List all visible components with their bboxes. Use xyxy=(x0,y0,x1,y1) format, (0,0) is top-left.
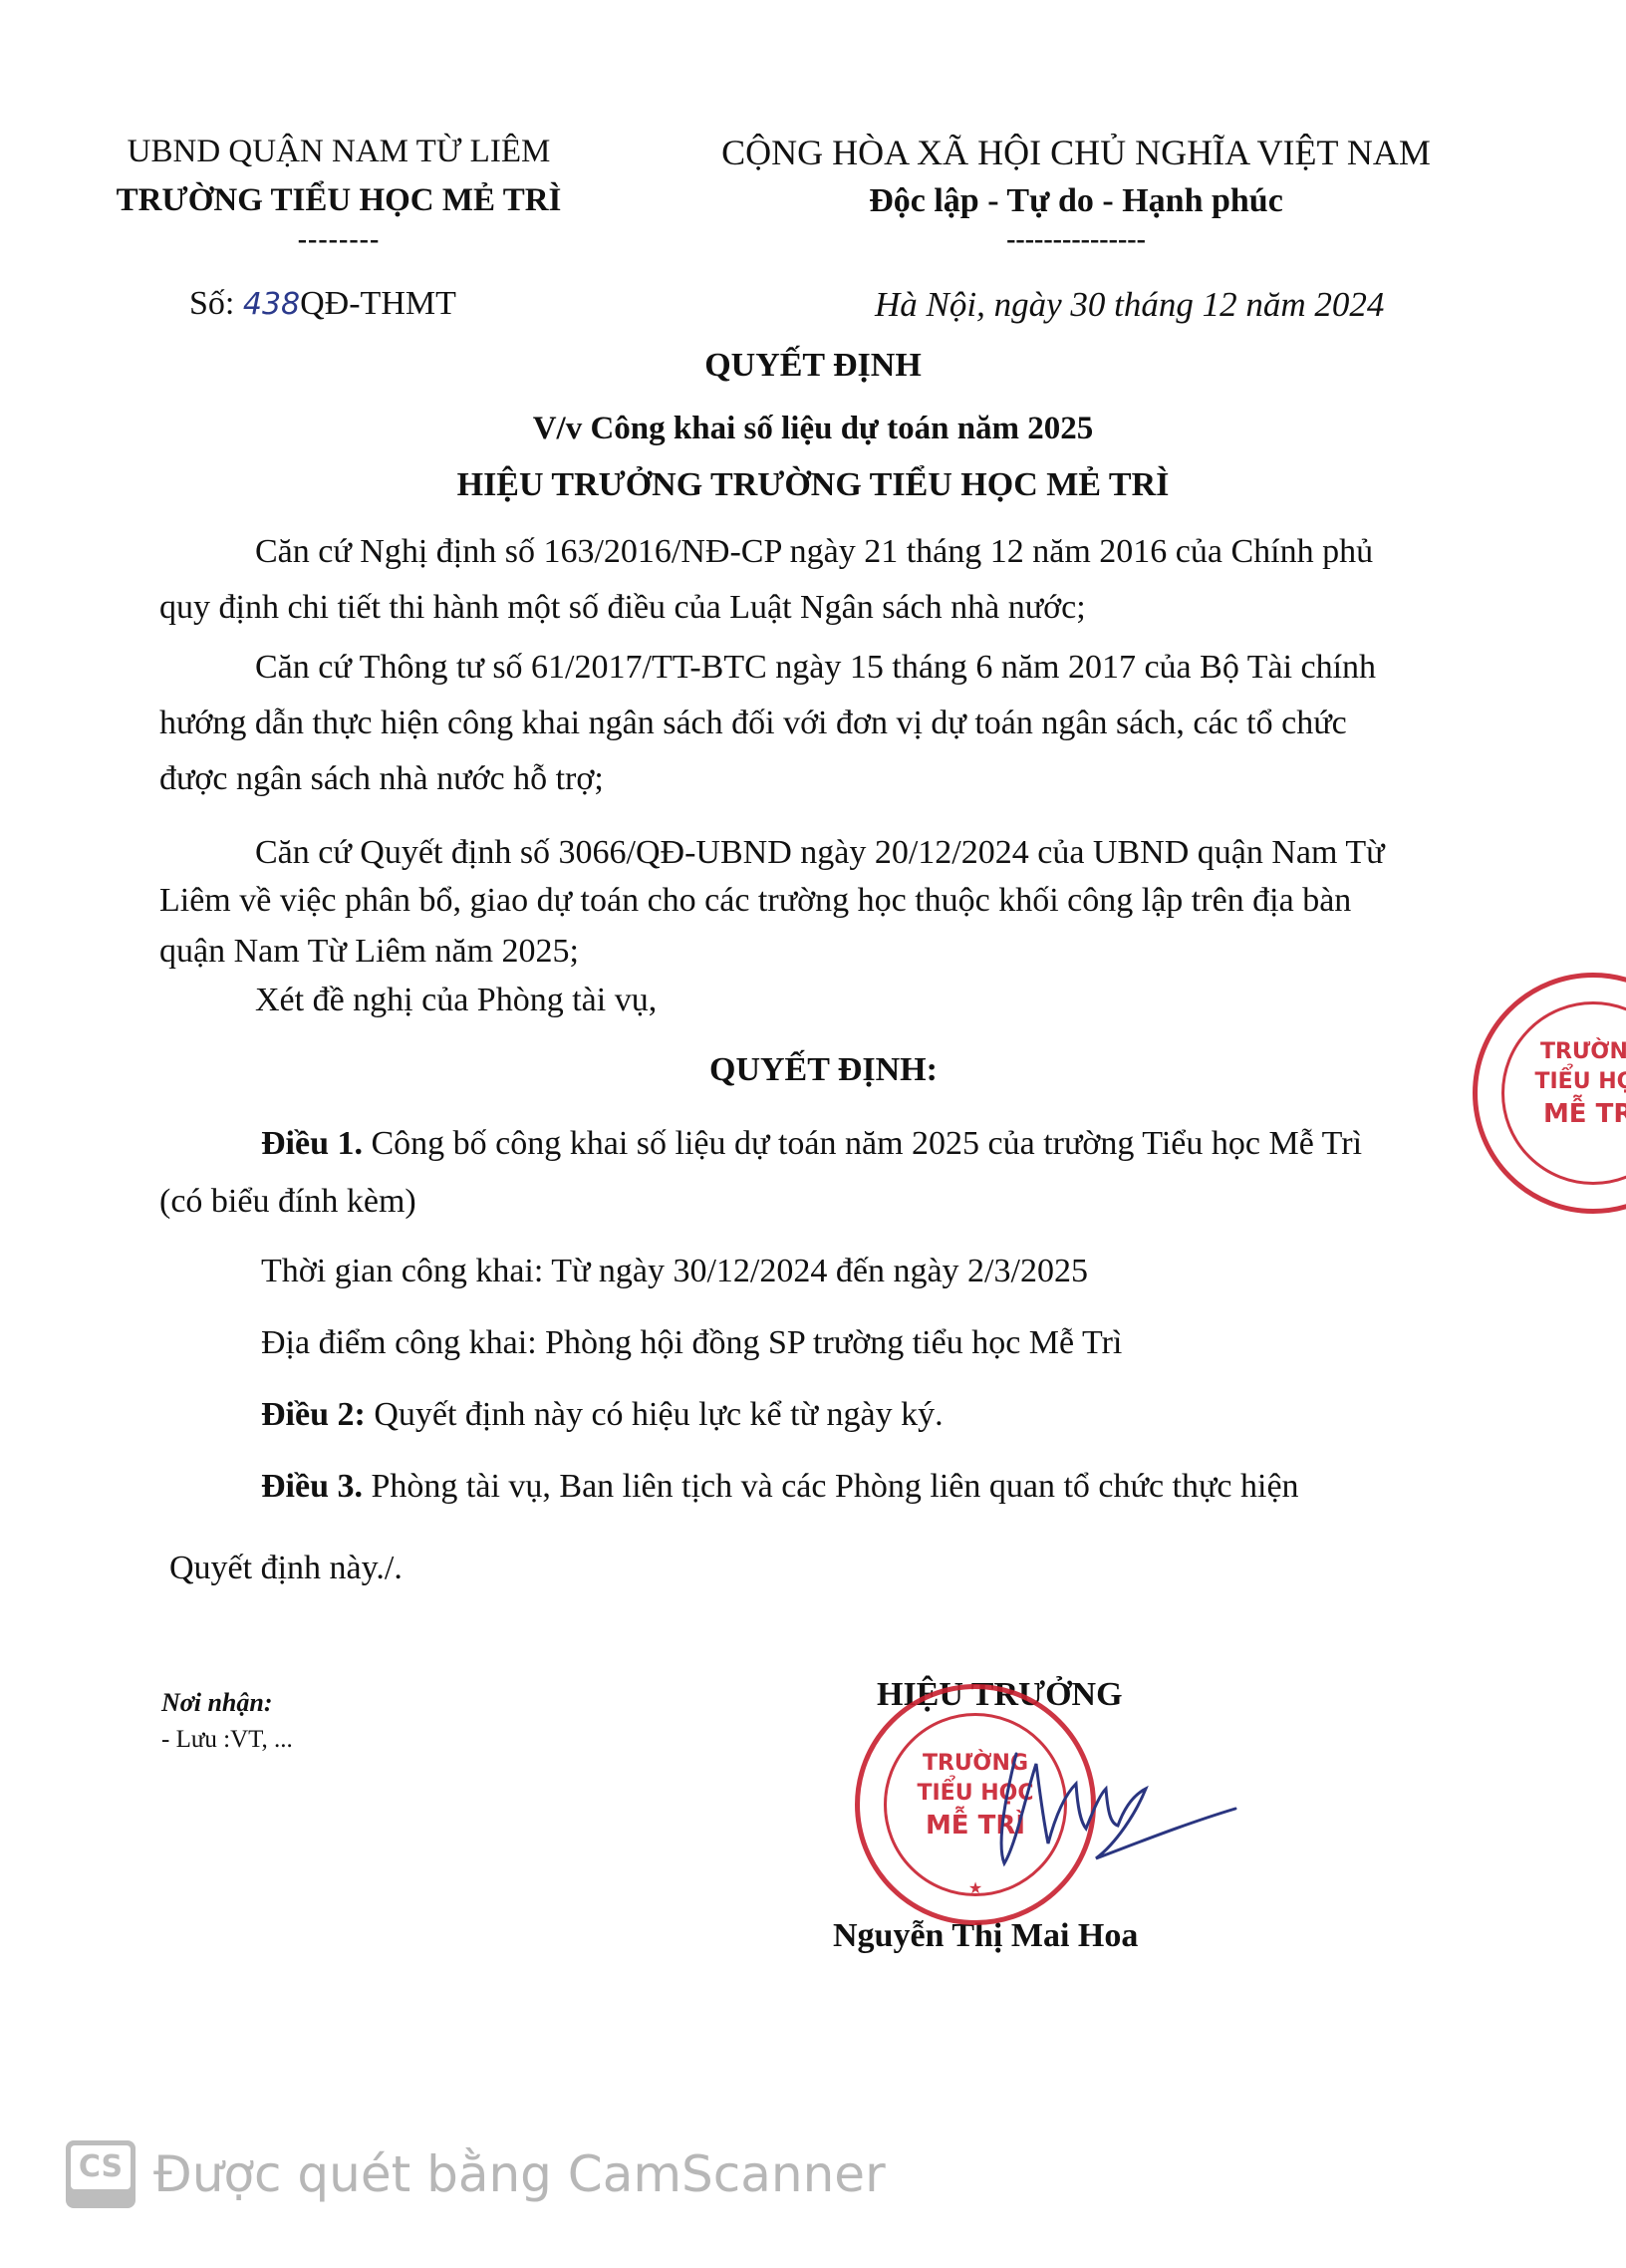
article-2-text: Quyết định này có hiệu lực kể từ ngày ký… xyxy=(366,1396,944,1433)
signature-scribble-icon xyxy=(986,1734,1245,1883)
article-3-continuation: Quyết định này./. xyxy=(169,1549,403,1588)
article-1-continuation: (có biểu đính kèm) xyxy=(159,1182,416,1222)
article-3-text: Phòng tài vụ, Ban liên tịch và các Phòng… xyxy=(363,1468,1299,1505)
partial-stamp-right-edge: TRƯỜNG TIỂU HỌC MỄ TRÌ xyxy=(1473,973,1626,1214)
document-type: QUYẾT ĐỊNH xyxy=(0,347,1626,385)
header-left-divider: -------- xyxy=(100,225,578,255)
preamble-3-line-2: Liêm về việc phân bổ, giao dự toán cho c… xyxy=(159,881,1351,921)
issuing-authority-block: UBND QUẬN NAM TỪ LIÊM TRƯỜNG TIỂU HỌC MẺ… xyxy=(100,128,578,255)
article-1-text: Công bố công khai số liệu dự toán năm 20… xyxy=(363,1125,1362,1162)
publication-location: Địa điểm công khai: Phòng hội đồng SP tr… xyxy=(261,1323,1122,1363)
preamble-2-line-3: được ngân sách nhà nước hỗ trợ; xyxy=(159,759,604,799)
article-1-label: Điều 1. xyxy=(261,1125,363,1162)
decision-heading: QUYẾT ĐỊNH: xyxy=(709,1050,938,1090)
publication-period: Thời gian công khai: Từ ngày 30/12/2024 … xyxy=(261,1252,1088,1291)
document-subject: V/v Công khai số liệu dự toán năm 2025 xyxy=(0,411,1626,447)
national-heading-block: CỘNG HÒA XÃ HỘI CHỦ NGHĨA VIỆT NAM Độc l… xyxy=(677,128,1475,255)
article-2: Điều 2: Quyết định này có hiệu lực kể từ… xyxy=(261,1395,944,1435)
nation-name: CỘNG HÒA XÃ HỘI CHỦ NGHĨA VIỆT NAM xyxy=(677,128,1475,177)
place-date: Hà Nội, ngày 30 tháng 12 năm 2024 xyxy=(875,285,1384,325)
preamble-1-line-2: quy định chi tiết thi hành một số điều c… xyxy=(159,588,1086,628)
authority-name: UBND QUẬN NAM TỪ LIÊM xyxy=(100,128,578,175)
preamble-2-line-1: Căn cứ Thông tư số 61/2017/TT-BTC ngày 1… xyxy=(255,648,1376,688)
preamble-2-line-2: hướng dẫn thực hiện công khai ngân sách … xyxy=(159,704,1347,743)
camscanner-logo-icon: CS xyxy=(66,2140,135,2208)
article-3: Điều 3. Phòng tài vụ, Ban liên tịch và c… xyxy=(261,1467,1299,1507)
article-2-label: Điều 2: xyxy=(261,1396,366,1433)
camscanner-text: Được quét bằng CamScanner xyxy=(153,2145,886,2203)
handwritten-number: 438 xyxy=(243,287,300,322)
recipients-label: Nơi nhận: xyxy=(161,1688,273,1718)
document-number-prefix: Số: xyxy=(189,285,234,322)
camscanner-watermark: CS Được quét bằng CamScanner xyxy=(66,2140,886,2208)
header-right-divider: --------------- xyxy=(677,225,1475,255)
document-number-suffix: QĐ-THMT xyxy=(300,285,456,322)
preamble-4: Xét đề nghị của Phòng tài vụ, xyxy=(255,981,657,1020)
preamble-3-line-3: quận Nam Từ Liêm năm 2025; xyxy=(159,932,579,972)
recipients-item: - Lưu :VT, ... xyxy=(161,1726,293,1754)
national-motto: Độc lập - Tự do - Hạnh phúc xyxy=(677,177,1475,225)
article-3-label: Điều 3. xyxy=(261,1468,363,1505)
preamble-1-line-1: Căn cứ Nghị định số 163/2016/NĐ-CP ngày … xyxy=(255,532,1373,572)
preamble-3-line-1: Căn cứ Quyết định số 3066/QĐ-UBND ngày 2… xyxy=(255,833,1385,873)
organization-name: TRƯỜNG TIỂU HỌC MẺ TRÌ xyxy=(100,175,578,225)
document-number: Số: 438QĐ-THMT xyxy=(189,285,456,323)
article-1: Điều 1. Công bố công khai số liệu dự toá… xyxy=(261,1124,1362,1164)
document-issuer: HIỆU TRƯỞNG TRƯỜNG TIỂU HỌC MẺ TRÌ xyxy=(0,466,1626,504)
